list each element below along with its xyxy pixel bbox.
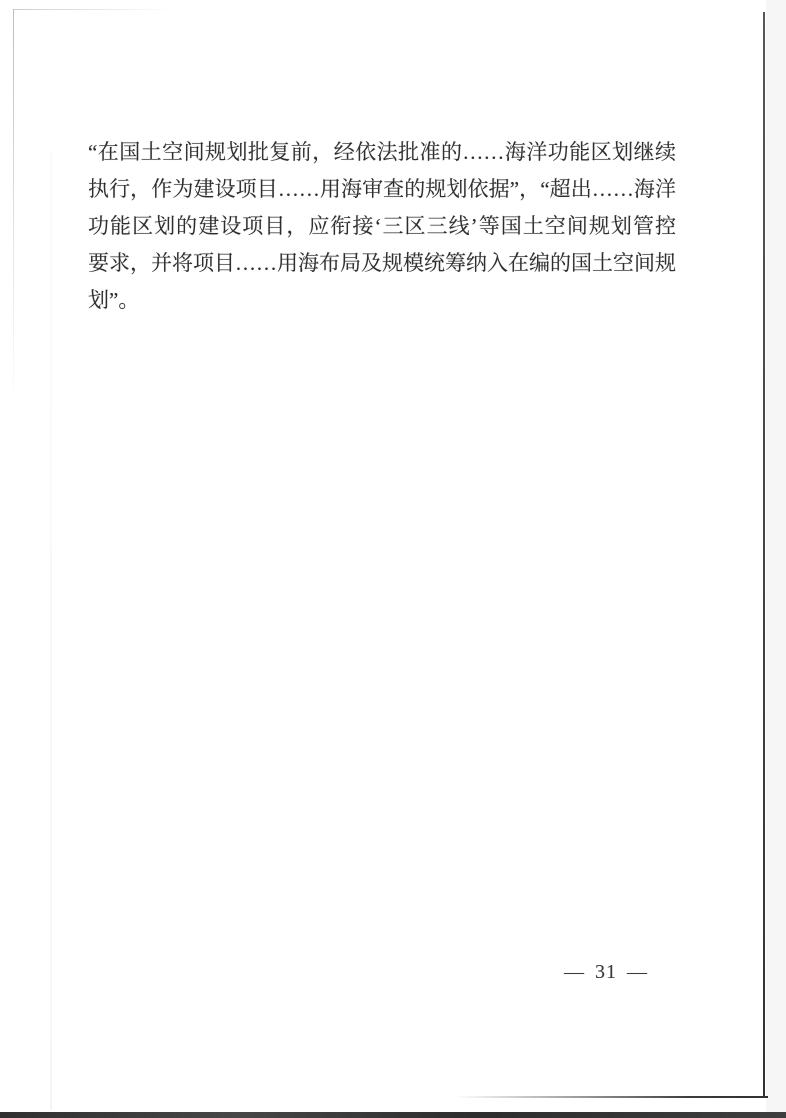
- scan-edge-top-line: [13, 9, 173, 10]
- paragraph-line: 要求，并将项目……用海布局及规模统筹纳入在编的国土空间规: [88, 245, 676, 282]
- paper-fold-streak: [50, 150, 52, 1110]
- body-paragraph: “在国土空间规划批复前，经依法批准的……海洋功能区划继续 执行，作为建设项目………: [88, 134, 676, 319]
- page-number: — 31 —: [545, 958, 667, 986]
- scanner-edge-band: [0, 1112, 786, 1118]
- scan-border-bottom-line: [455, 1096, 768, 1098]
- paragraph-line: 功能区划的建设项目，应衔接‘三区三线’等国土空间规划管控: [88, 208, 676, 245]
- scan-edge-left-line: [13, 9, 14, 409]
- scan-border-right-line: [763, 12, 765, 1098]
- paragraph-line: “在国土空间规划批复前，经依法批准的……海洋功能区划继续: [88, 134, 676, 171]
- document-page: “在国土空间规划批复前，经依法批准的……海洋功能区划继续 执行，作为建设项目………: [0, 0, 786, 1118]
- paragraph-line: 划”。: [88, 282, 676, 319]
- scan-outer-margin: [766, 0, 786, 1112]
- paragraph-line: 执行，作为建设项目……用海审查的规划依据”，“超出……海洋: [88, 171, 676, 208]
